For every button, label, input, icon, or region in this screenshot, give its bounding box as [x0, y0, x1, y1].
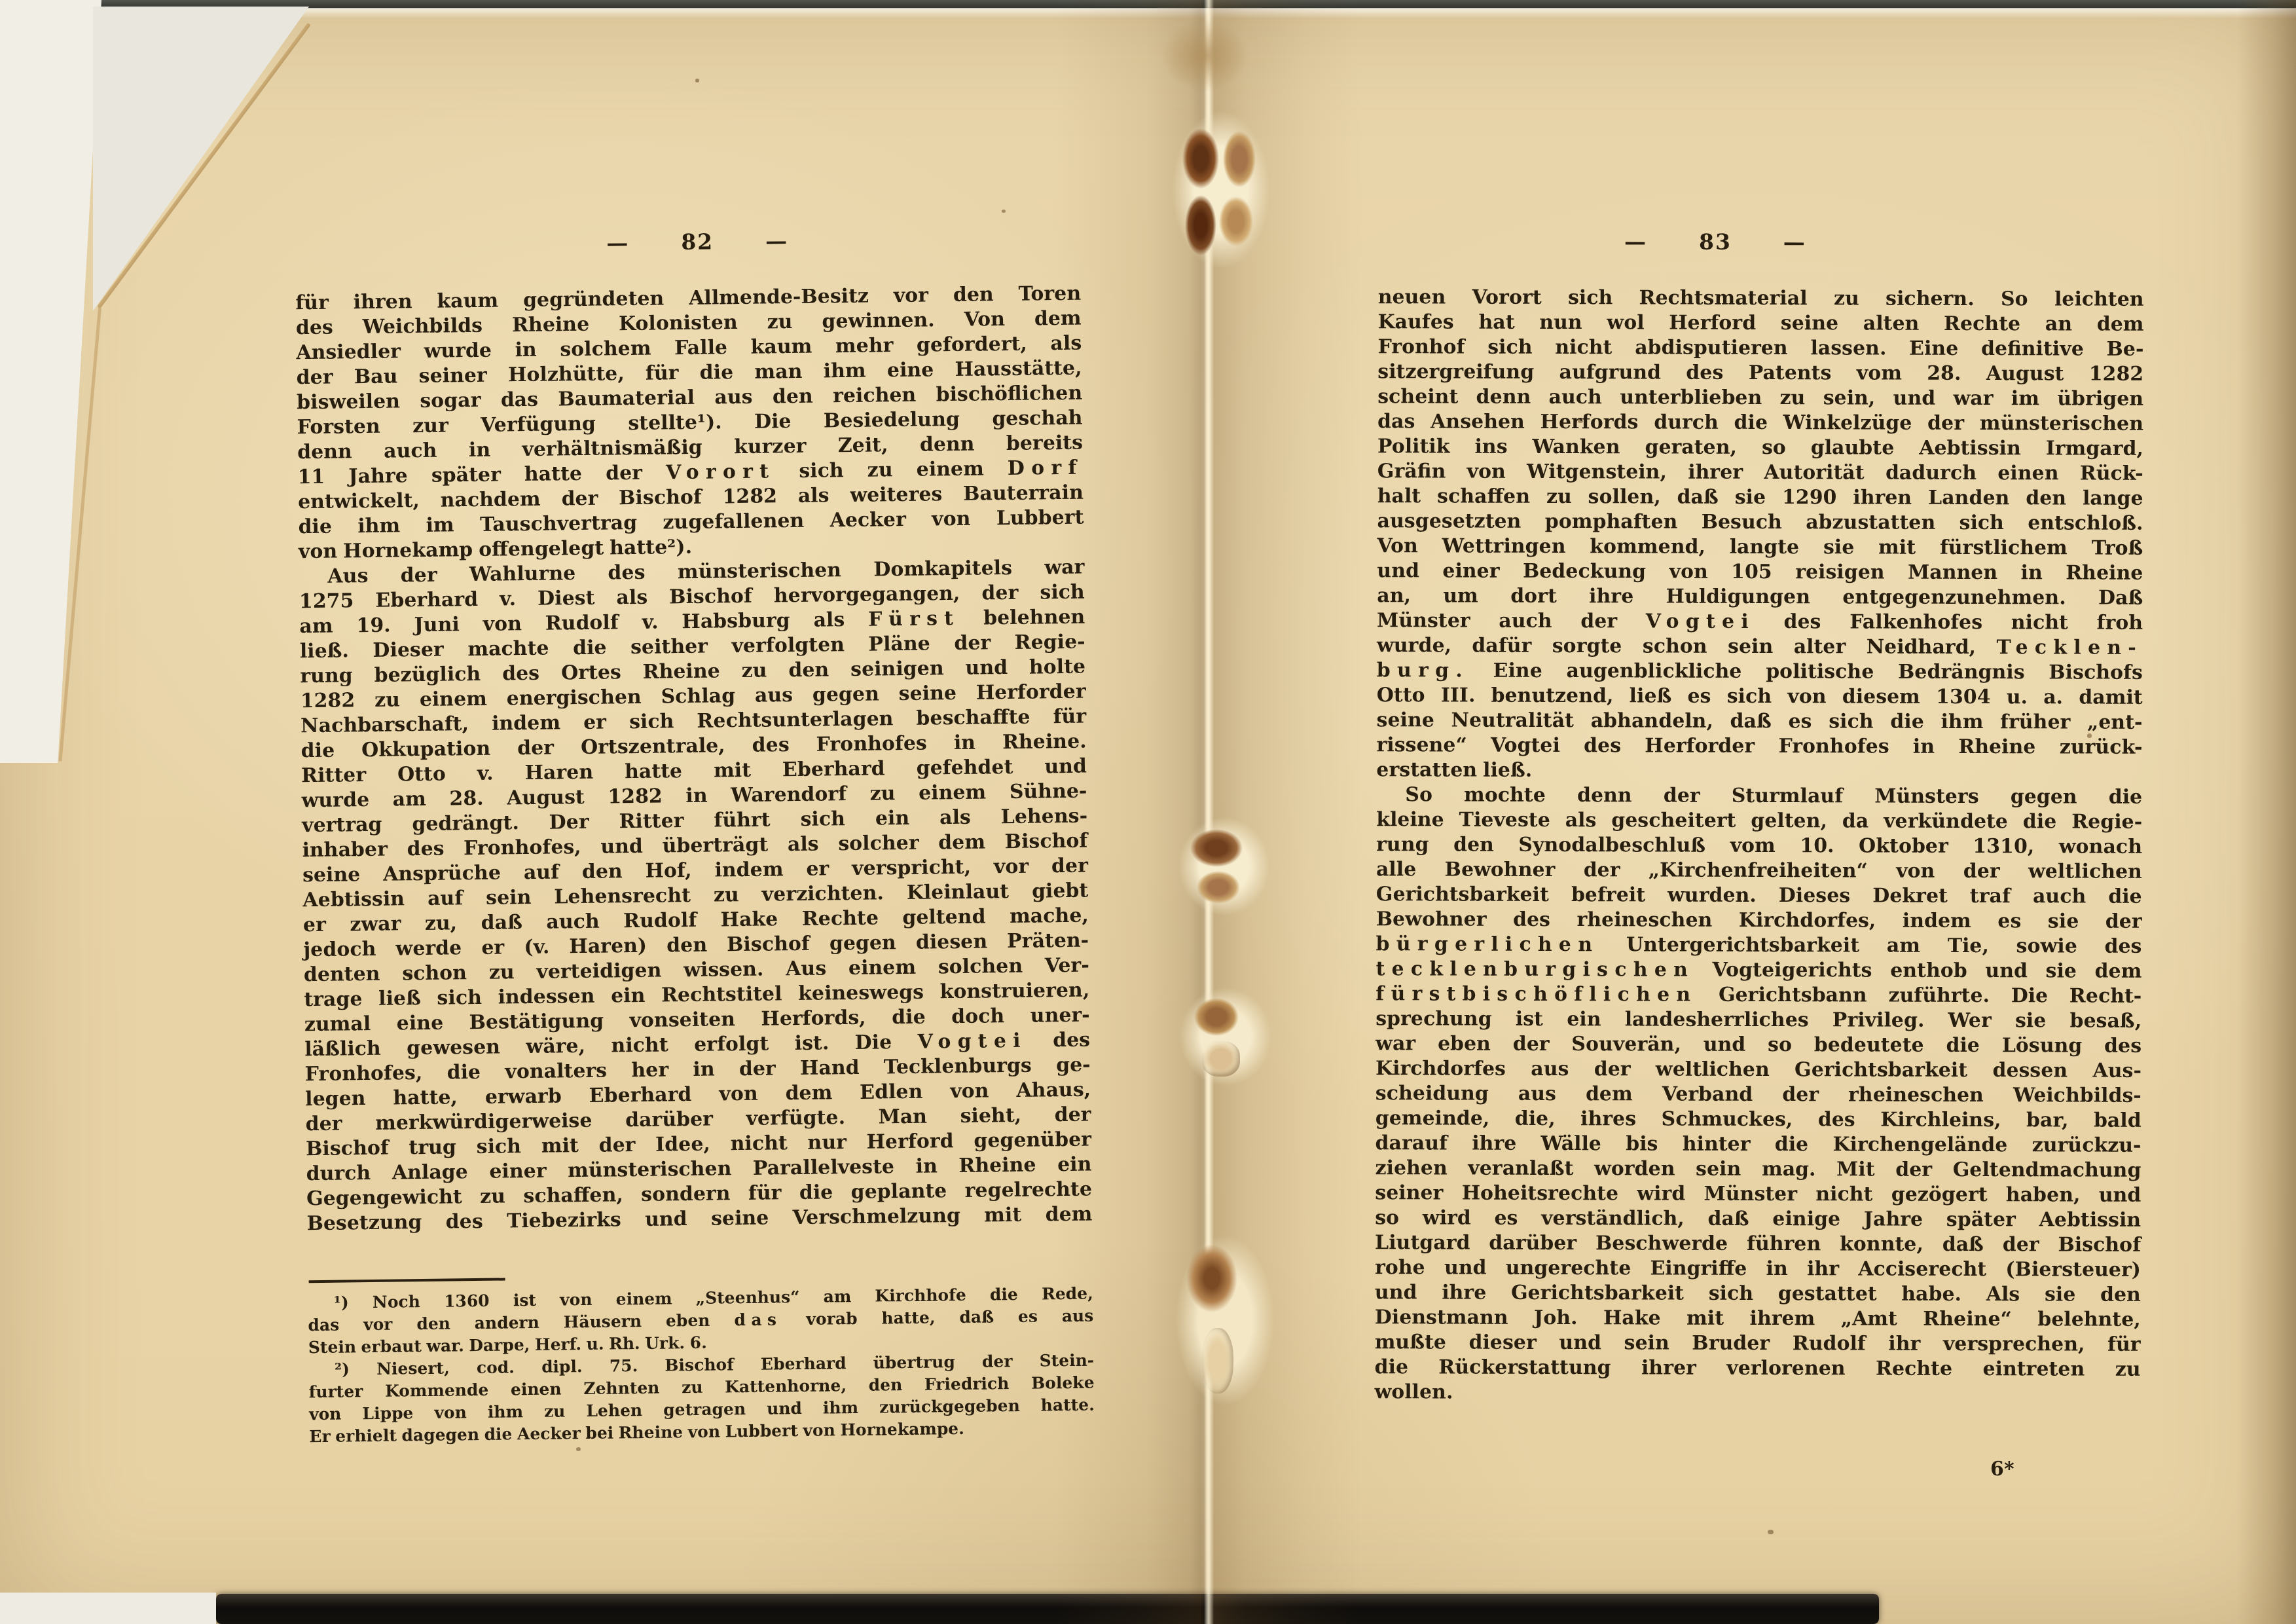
text-line: ziehenveranlaßtwordenseinmag.MitderGelte…: [1375, 1156, 2141, 1184]
damage-spot: [1223, 131, 1256, 187]
text-line: Fronhofsichnichtabdisputierenlassen.Eine…: [1377, 335, 2143, 363]
paper-speck: [1002, 210, 1006, 213]
text-line: tecklenburgischenVogteigerichtsenthobund…: [1376, 957, 2141, 985]
text-line: sowirdesverständlich,daßeinigeJahrespäte…: [1375, 1206, 2141, 1234]
page-number-82: — 82 —: [304, 224, 1090, 259]
text-line: BewohnerdesrheineschenKirchdorfes,indeme…: [1376, 908, 2142, 935]
text-line: KirchdorfesausderweltlichenGerichtsbarke…: [1376, 1057, 2141, 1084]
damage-spot: [1202, 1328, 1233, 1393]
scanner-edge-bottom: [216, 1594, 1879, 1624]
damage-spot: [1194, 998, 1239, 1036]
text-line: neuenVorortsichRechtsmaterialzusichern.S…: [1378, 286, 2144, 313]
text-line: an,umdortihreHuldigungenentgegenzunehmen…: [1377, 584, 2143, 612]
damage-spot: [1185, 195, 1216, 255]
signature-mark: 6*: [1990, 1458, 2014, 1481]
paper-speck: [576, 1447, 581, 1451]
text-line: dieRückerstattungihrerverlorenenRechteei…: [1374, 1356, 2140, 1383]
text-line: LiutgarddarüberBeschwerdeführenkonnte,da…: [1375, 1231, 2141, 1259]
text-line: dasAnsehenHerfordsdurchdieWinkelzügederm…: [1377, 410, 2143, 437]
text-line: seineNeutralitätabhandeln,daßessichdieih…: [1377, 709, 2143, 736]
text-line: fürstbischöflichenGerichtsbannzuführte.D…: [1376, 982, 2141, 1010]
scanner-margin-bottom-left: [0, 1593, 216, 1624]
text-line: Gerichtsbarkeitbefreitwurden.DiesesDekre…: [1376, 883, 2142, 910]
text-line: undeinerBedeckungvon105reisigenManneninR…: [1377, 559, 2143, 587]
text-line: MünsterauchderVogteidesFalkenhofesnichtf…: [1377, 609, 2143, 637]
text-line: KaufeshatnunwolHerfordseinealtenRechtean…: [1377, 310, 2143, 338]
text-line: wurde,dafürsorgteschonseinalterNeidhard,…: [1377, 634, 2143, 661]
damage-spot: [1197, 871, 1240, 904]
page-82-body: fürihrenkaumgegründetenAllmende-Besitzvo…: [295, 282, 1093, 1238]
text-line: OttoIII.benutzend,ließessichvondiesem130…: [1377, 684, 2143, 711]
footnote-separator: [309, 1278, 505, 1283]
paper-tear: [1172, 111, 1270, 268]
text-line: bürgerlichenUntergerichtsbarkeitamTie,so…: [1376, 932, 2142, 960]
page-83: — 83 — neuenVorortsichRechtsmaterialzusi…: [1378, 228, 2144, 231]
text-line: sprechungisteinlandesherrlichesPrivileg.…: [1376, 1007, 2141, 1035]
text-line: rissene“VogteidesHerforderFronhofesinRhe…: [1376, 733, 2142, 761]
damage-spot: [1219, 196, 1253, 246]
text-line: ausgesetztenpomphaftenBesuchabzustattens…: [1377, 509, 2143, 537]
page-corner-fold: [93, 7, 309, 311]
text-line: seinerHoheitsrechtewirdMünsternichtgezög…: [1375, 1181, 2141, 1209]
gutter-fold-notch: [1162, 20, 1247, 92]
page-82: — 82 — fürihrenkaumgegründetenAllmende-B…: [295, 225, 1080, 234]
text-line: daraufihreWällebishinterdieKirchengeländ…: [1376, 1132, 2141, 1159]
text-line: roheundungerechteEingriffeinihrAcciserec…: [1375, 1256, 2141, 1283]
text-line: scheintdennauchunterbliebenzusein,undwar…: [1377, 385, 2143, 413]
text-line: sitzergreifungaufgrunddesPatentsvom28.Au…: [1377, 360, 2143, 388]
paper-speck: [1768, 1530, 1774, 1534]
book-scan: — 82 — fürihrenkaumgegründetenAllmende-B…: [0, 0, 2296, 1624]
text-line: kleineTievestealsgescheitertgelten,daver…: [1376, 808, 2142, 836]
text-line: wollen.: [1374, 1380, 2140, 1408]
text-line: undihreGerichtsbarkeitsichgestattethabe.…: [1375, 1281, 2141, 1308]
text-line: PolitikinsWankengeraten,soglaubteAebtiss…: [1377, 435, 2143, 462]
text-line: SomochtedennderSturmlaufMünstersgegendie: [1376, 783, 2142, 811]
text-line: mußtedieserundseinBruderRudolfihrverspre…: [1375, 1331, 2141, 1358]
text-line: erstattenließ.: [1376, 758, 2142, 786]
text-line: burg.EineaugenblicklichepolitischeBedrän…: [1377, 659, 2143, 686]
text-line: alleBewohnerder„Kirchenfreiheiten“vonder…: [1376, 858, 2142, 885]
damage-spot: [1186, 1244, 1237, 1312]
scanner-margin-left: [0, 0, 101, 763]
page-right-edge-shadow: [2237, 0, 2296, 1624]
text-line: VonWettringenkommend,langtesiemitfürstli…: [1377, 534, 2143, 562]
text-line: gemeinde,die,ihresSchmuckes,desKirchlein…: [1376, 1107, 2141, 1134]
text-line: scheidungausdemVerbandderrheineschenWeic…: [1376, 1082, 2141, 1109]
page-83-body: neuenVorortsichRechtsmaterialzusichern.S…: [1374, 286, 2143, 1408]
damage-spot: [1190, 829, 1243, 867]
page-number-83: — 83 —: [1332, 228, 2098, 256]
text-line: rungdenSynodalbeschlußvom10.Oktober1310,…: [1376, 833, 2142, 860]
page-82-footnotes: ¹)Noch1360istvoneinem„Steenhus“amKirchho…: [308, 1284, 1095, 1450]
text-line: DienstmannJoh.Hakemitihrem„AmtRheine“bel…: [1375, 1306, 2141, 1333]
text-line: GräfinvonWitgenstein,ihrerAutoritätdadur…: [1377, 460, 2143, 487]
text-line: haltschaffenzusollen,daßsie1290ihrenLand…: [1377, 485, 2143, 512]
paper-speck: [695, 79, 699, 83]
text-line: warebenderSouverän,undsobedeutetedieLösu…: [1376, 1032, 2141, 1060]
damage-spot: [1182, 128, 1219, 189]
damage-spot: [1202, 1041, 1240, 1077]
